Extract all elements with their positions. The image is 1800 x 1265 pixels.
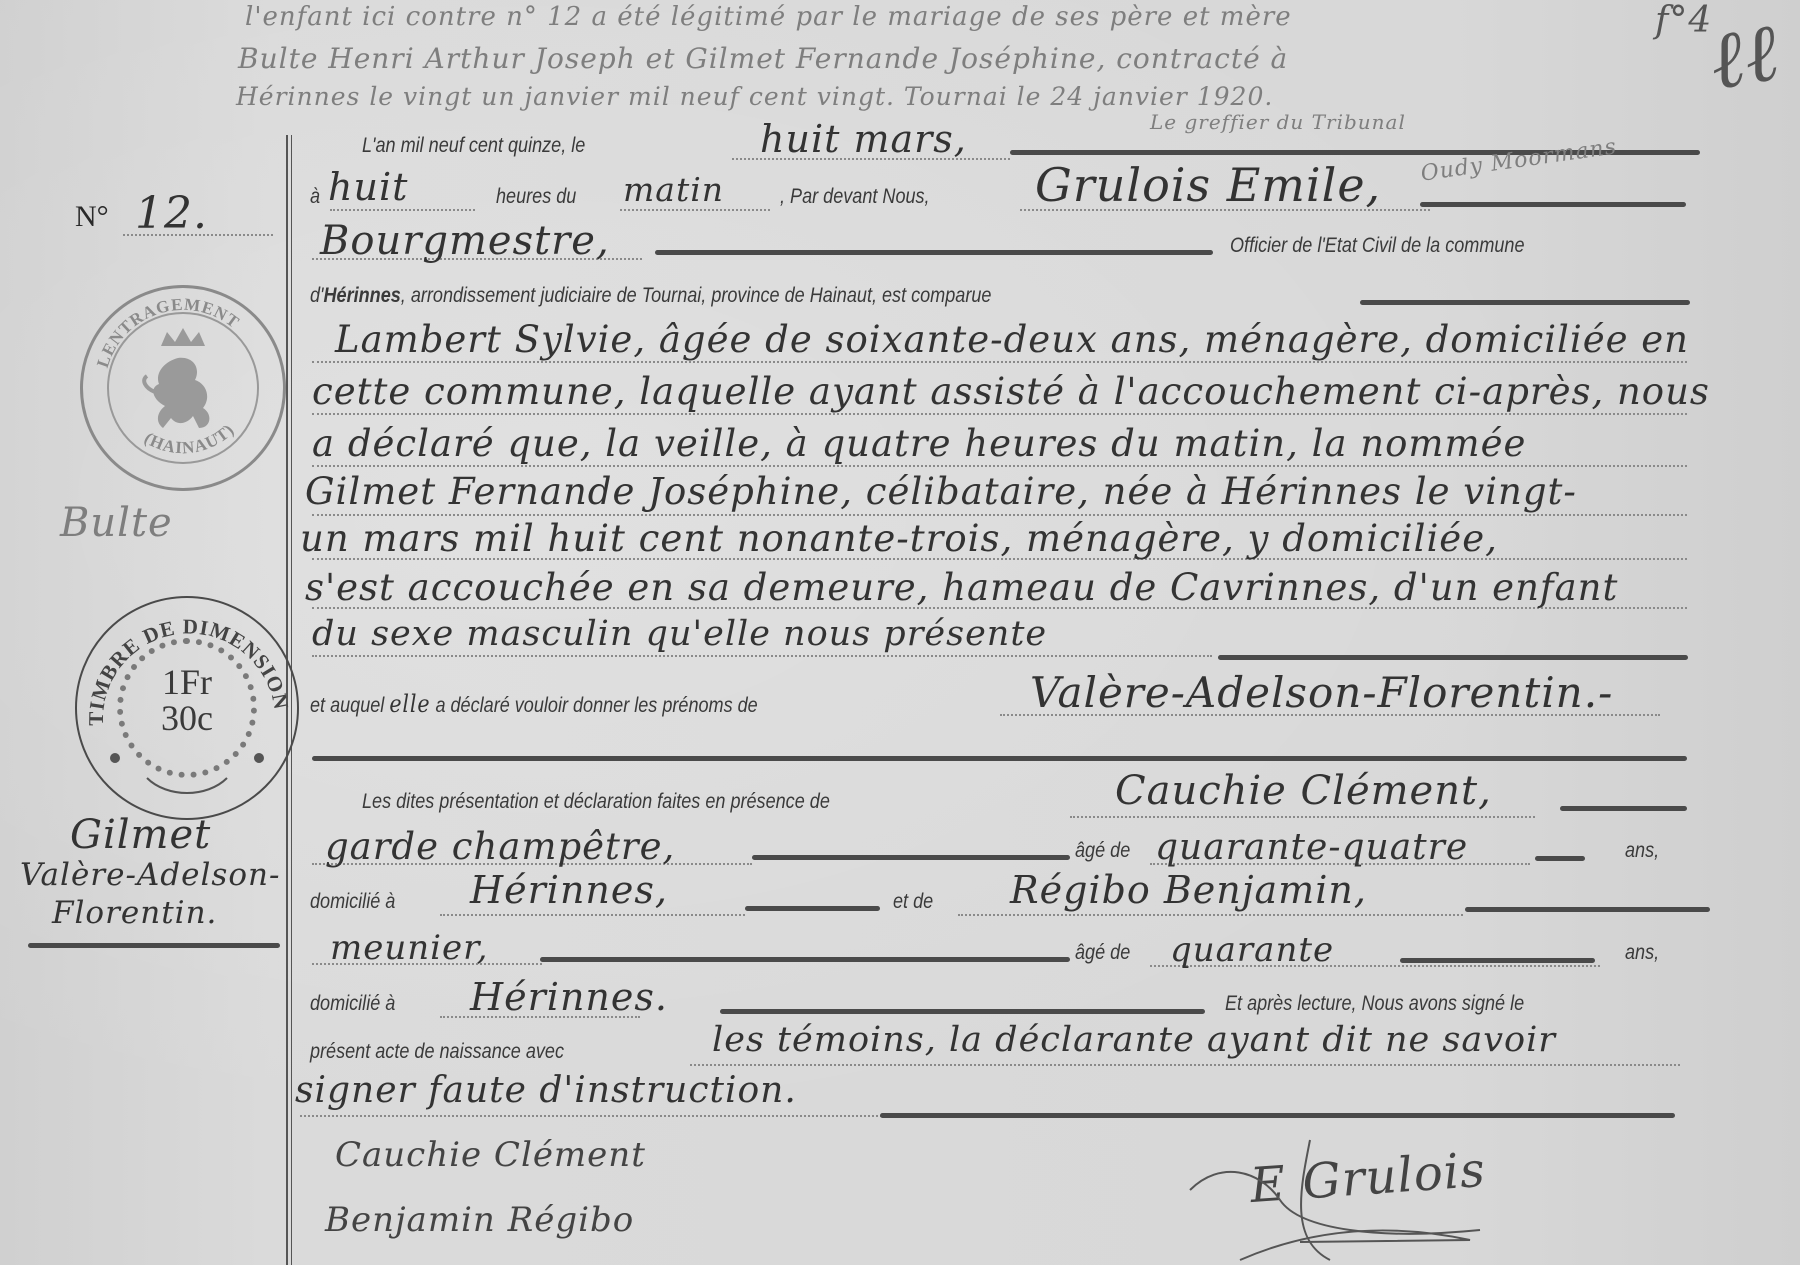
closing-rule — [880, 1113, 1675, 1118]
margin-annotation-signature-role: Le greffier du Tribunal — [1150, 110, 1406, 134]
witness1-name: Cauchie Clément, — [1115, 768, 1492, 814]
tax-stamp-value-francs: 1Fr — [137, 664, 237, 700]
register-number-label: N° — [75, 200, 109, 234]
witness1-age-label: âgé de — [1075, 839, 1130, 863]
form-officer-overwrite: Oudy Moormans — [1419, 134, 1618, 186]
seal-lion-icon: LENTRAGEMENT (HAINAUT) — [83, 288, 283, 488]
tax-stamp: TIMBRE DE DIMENSION 1Fr 30c — [75, 596, 299, 820]
witness1-domicile: Hérinnes, — [470, 868, 668, 912]
declarant-line-6: s'est accouchée en sa demeure, hameau de… — [305, 566, 1618, 609]
declarant-line-2: cette commune, laquelle ayant assisté à … — [312, 370, 1710, 413]
form-officer-title: Bourgmestre, — [320, 218, 610, 264]
child-given-names: Valère-Adelson-Florentin.- — [1030, 668, 1613, 717]
form-line1-printed: L'an mil neuf cent quinze, le — [362, 134, 585, 158]
form-hour: huit — [328, 165, 408, 209]
witness2-ans: ans, — [1625, 941, 1659, 965]
register-number-dots — [123, 234, 273, 236]
tax-stamp-value-centimes: 30c — [137, 700, 237, 736]
form-line2-heures: heures du — [496, 185, 576, 209]
folio-flourish: ℓℓ — [1702, 5, 1786, 109]
witness1-domicile-label: domicilié à — [310, 890, 395, 914]
margin-annotation-line-3: Hérinnes le vingt un janvier mil neuf ce… — [236, 82, 1273, 111]
signature-officer-flourish-icon — [1180, 1130, 1520, 1265]
witness-et-de: et de — [893, 890, 933, 914]
closing-printed-1: Et après lecture, Nous avons signé le — [1225, 992, 1524, 1016]
margin-annotation-bulte: Bulte — [60, 500, 173, 546]
prenoms-line-printed: et auquel elle a déclaré vouloir donner … — [310, 690, 758, 718]
form-date: huit mars, — [760, 117, 967, 161]
margin-closing-rule — [28, 943, 280, 948]
declarant-line-5: un mars mil huit cent nonante-trois, mén… — [300, 517, 1498, 560]
witness1-occupation: garde champêtre, — [325, 825, 675, 868]
form-line2-par-devant: , Par devant Nous, — [780, 185, 930, 209]
form-time-of-day: matin — [623, 170, 724, 209]
witness2-domicile: Hérinnes. — [470, 975, 668, 1019]
witness2-name: Régibo Benjamin, — [1010, 868, 1367, 912]
svg-text:(HAINAUT): (HAINAUT) — [141, 420, 238, 458]
signature-witness1: Cauchie Clément — [335, 1135, 646, 1175]
margin-child-surname: Gilmet — [70, 812, 211, 858]
witness-intro: Les dites présentation et déclaration fa… — [362, 790, 830, 814]
document-page: l'enfant ici contre n° 12 a été légitimé… — [0, 0, 1800, 1265]
witness1-age: quarante-quatre — [1155, 827, 1468, 868]
form-officer-name: Grulois Emile, — [1035, 158, 1381, 212]
declarant-line-3: a déclaré que, la veille, à quatre heure… — [312, 422, 1526, 465]
margin-annotation-line-2: Bulte Henri Arthur Joseph et Gilmet Fern… — [238, 42, 1288, 75]
signature-witness2: Benjamin Régibo — [325, 1200, 634, 1240]
prenoms-closing-rule — [312, 756, 1687, 761]
register-number-value: 12. — [135, 188, 208, 239]
witness2-age: quarante — [1170, 930, 1334, 970]
margin-child-given-names-2: Florentin. — [52, 895, 217, 931]
witness2-age-label: âgé de — [1075, 941, 1130, 965]
declarant-line-4: Gilmet Fernande Joséphine, célibataire, … — [305, 470, 1577, 513]
witness2-occupation: meunier, — [330, 928, 488, 968]
form-line3-printed: Officier de l'Etat Civil de la commune — [1230, 234, 1525, 258]
closing-printed-2: présent acte de naissance avec — [310, 1040, 564, 1064]
margin-annotation-line-1: l'enfant ici contre n° 12 a été légitimé… — [245, 2, 1292, 32]
form-line2-a: à — [310, 185, 320, 209]
margin-child-given-names-1: Valère-Adelson- — [20, 857, 280, 893]
declarant-line-7: du sexe masculin qu'elle nous présente — [312, 614, 1047, 654]
municipal-seal: LENTRAGEMENT (HAINAUT) — [80, 285, 286, 491]
declarant-line-1: Lambert Sylvie, âgée de soixante-deux an… — [335, 318, 1689, 361]
closing-handwritten-1: les témoins, la déclarante ayant dit ne … — [712, 1020, 1556, 1060]
witness1-ans: ans, — [1625, 839, 1659, 863]
svg-text:LENTRAGEMENT: LENTRAGEMENT — [93, 295, 243, 370]
witness2-domicile-label: domicilié à — [310, 992, 395, 1016]
closing-handwritten-2: signer faute d'instruction. — [295, 1070, 797, 1111]
form-line4-printed: d'Hérinnes, arrondissement judiciaire de… — [310, 284, 991, 308]
